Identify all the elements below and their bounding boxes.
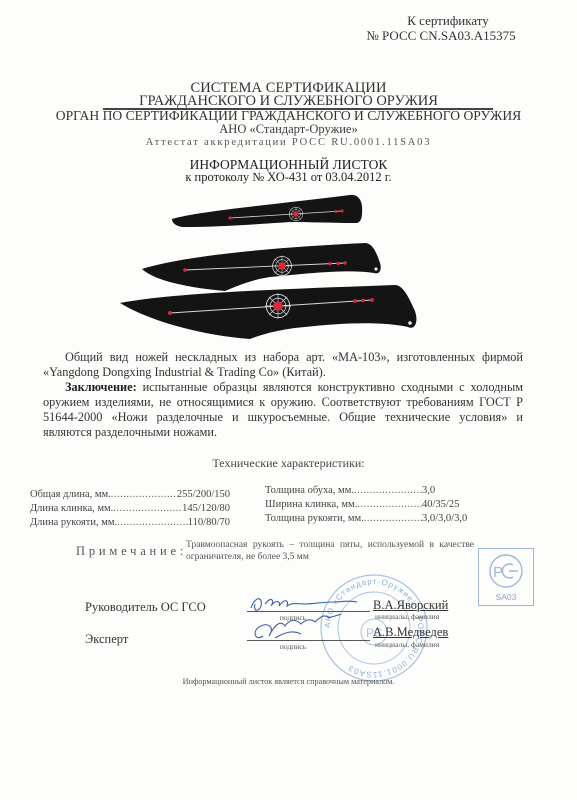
name-caption: инициалы, фамилия — [375, 640, 439, 649]
signature-caption: подпись — [258, 642, 328, 651]
signatory-name-expert: А.В.Медведев — [373, 625, 448, 640]
knife-small — [172, 195, 362, 227]
tech-specs-left: Общая длина, мм.255/200/150 Длина клинка… — [30, 488, 230, 530]
spec-row: Ширина клинка, мм.40/35/25 — [265, 498, 480, 512]
knife-large — [120, 285, 416, 339]
general-view-paragraph: Общий вид ножей нескладных из набора арт… — [43, 350, 523, 380]
note-label: Примечание: — [76, 544, 187, 559]
tech-specs-right: Толщина обуха, мм.3,0 Ширина клинка, мм.… — [265, 484, 480, 526]
signatory-name-head: В.А.Яворский — [373, 598, 448, 613]
signature-caption: подпись — [258, 613, 328, 622]
spec-value: 145/120/80 — [182, 502, 230, 516]
spec-value: 110/80/70 — [188, 516, 230, 530]
organization-name: АНО «Стандарт-Оружие» — [0, 122, 577, 137]
signatory-role-head: Руководитель ОС ГСО — [85, 600, 206, 615]
note-text: Травмоопасная рукоять – толщина пяты, ис… — [186, 539, 474, 563]
spec-value: 3,0 — [422, 484, 480, 498]
spec-value: 40/35/25 — [422, 498, 480, 512]
signatory-role-expert: Эксперт — [85, 632, 128, 647]
tech-specs-title: Технические характеристики: — [0, 456, 577, 471]
rst-logo-icon: Р — [479, 549, 533, 593]
certificate-reference: К сертификату № РОСС CN.SA03.A15375 — [373, 13, 523, 43]
certificate-number: № РОСС CN.SA03.A15375 — [359, 28, 523, 43]
conclusion-label: Заключение: — [65, 380, 137, 394]
rst-certification-mark: Р SA03 — [478, 548, 534, 606]
certificate-ref-line1: К сертификату — [373, 13, 523, 28]
conclusion-paragraph: Заключение: испытанные образцы являются … — [43, 380, 523, 440]
spec-row: Длина клинка, мм.145/120/80 — [30, 502, 230, 516]
document-subtitle: к протоколу № ХО-431 от 03.04.2012 г. — [0, 170, 577, 185]
name-caption: инициалы, фамилия — [375, 612, 439, 621]
spec-row: Общая длина, мм.255/200/150 — [30, 488, 230, 502]
svg-text:Р: Р — [493, 564, 503, 581]
spec-row: Длина рукояти, мм.110/80/70 — [30, 516, 230, 530]
knife-medium — [142, 243, 381, 291]
spec-row: Толщина рукояти, мм.3,0/3,0/3,0 — [265, 512, 480, 526]
rst-mark-code: SA03 — [479, 592, 533, 602]
footer-note: Информационный листок является справочны… — [0, 677, 577, 686]
spec-row: Толщина обуха, мм.3,0 — [265, 484, 480, 498]
spec-value: 255/200/150 — [177, 488, 230, 502]
knives-photo — [110, 185, 440, 340]
signature-line-head — [247, 611, 370, 612]
accreditation-line: Аттестат аккредитации РОСС RU.0001.11SA0… — [0, 137, 577, 148]
signature-line-expert — [247, 640, 370, 641]
general-view-text: Общий вид ножей нескладных из набора арт… — [43, 350, 523, 379]
spec-value: 3,0/3,0/3,0 — [422, 512, 480, 526]
